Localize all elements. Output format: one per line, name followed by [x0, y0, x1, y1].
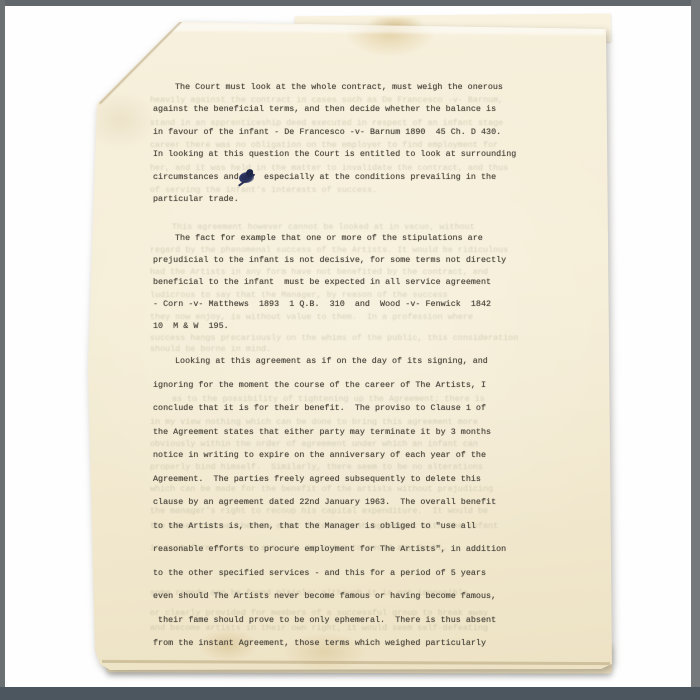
typed-line: circumstances and especially at the cond… — [153, 172, 516, 194]
document-page: heavily against the contract in cases su… — [0, 0, 700, 700]
photo-background: heavily against the contract in cases su… — [0, 0, 700, 700]
typed-line: Looking at this agreement as if on the d… — [153, 356, 506, 380]
typed-line: even should The Artists never become fam… — [153, 591, 506, 615]
typed-line: in favour of the infant - De Francesco -… — [153, 127, 516, 149]
typed-line: to the other specified services - and th… — [153, 568, 506, 592]
typed-line: their fame should prove to be only ephem… — [153, 615, 506, 639]
typed-line: Agreement. The parties freely agreed sub… — [153, 474, 506, 498]
paragraph-3: Looking at this agreement as if on the d… — [153, 356, 506, 662]
paragraph-2: The fact for example that one or more of… — [153, 233, 506, 343]
typed-line: reasonable efforts to procure employment… — [153, 544, 506, 568]
typed-line: from the instant Agreement, those terms … — [153, 638, 506, 662]
document-page-wrap: heavily against the contract in cases su… — [0, 0, 700, 700]
typed-line: beneficial to the infant must be expecte… — [153, 277, 506, 299]
typed-line: to the Artists is, then, that the Manage… — [153, 521, 506, 545]
typed-line: - Corn -v- Matthews 1893 1 Q.B. 310 and … — [153, 299, 506, 321]
typed-line: 10 M & W 195. — [153, 321, 506, 343]
typed-line: against the beneficial terms, and then d… — [153, 104, 516, 126]
paragraph-1: The Court must look at the whole contrac… — [153, 82, 516, 216]
typed-line: particular trade. — [153, 194, 516, 216]
typed-line: conclude that it is for their benefit. T… — [153, 403, 506, 427]
typed-line: notice in writing to expire on the anniv… — [153, 450, 506, 474]
typed-line: ignoring for the moment the course of th… — [153, 380, 506, 404]
typed-line: the Agreement states that either party m… — [153, 427, 506, 451]
typed-line: clause by an agreement dated 22nd Januar… — [153, 497, 506, 521]
typed-text-layer: The Court must look at the whole contrac… — [0, 0, 700, 700]
typed-line: prejudicial to the infant is not decisiv… — [153, 255, 506, 277]
typed-line: The fact for example that one or more of… — [153, 233, 506, 255]
typed-line: In looking at this question the Court is… — [153, 149, 516, 171]
typed-line: The Court must look at the whole contrac… — [153, 82, 516, 104]
